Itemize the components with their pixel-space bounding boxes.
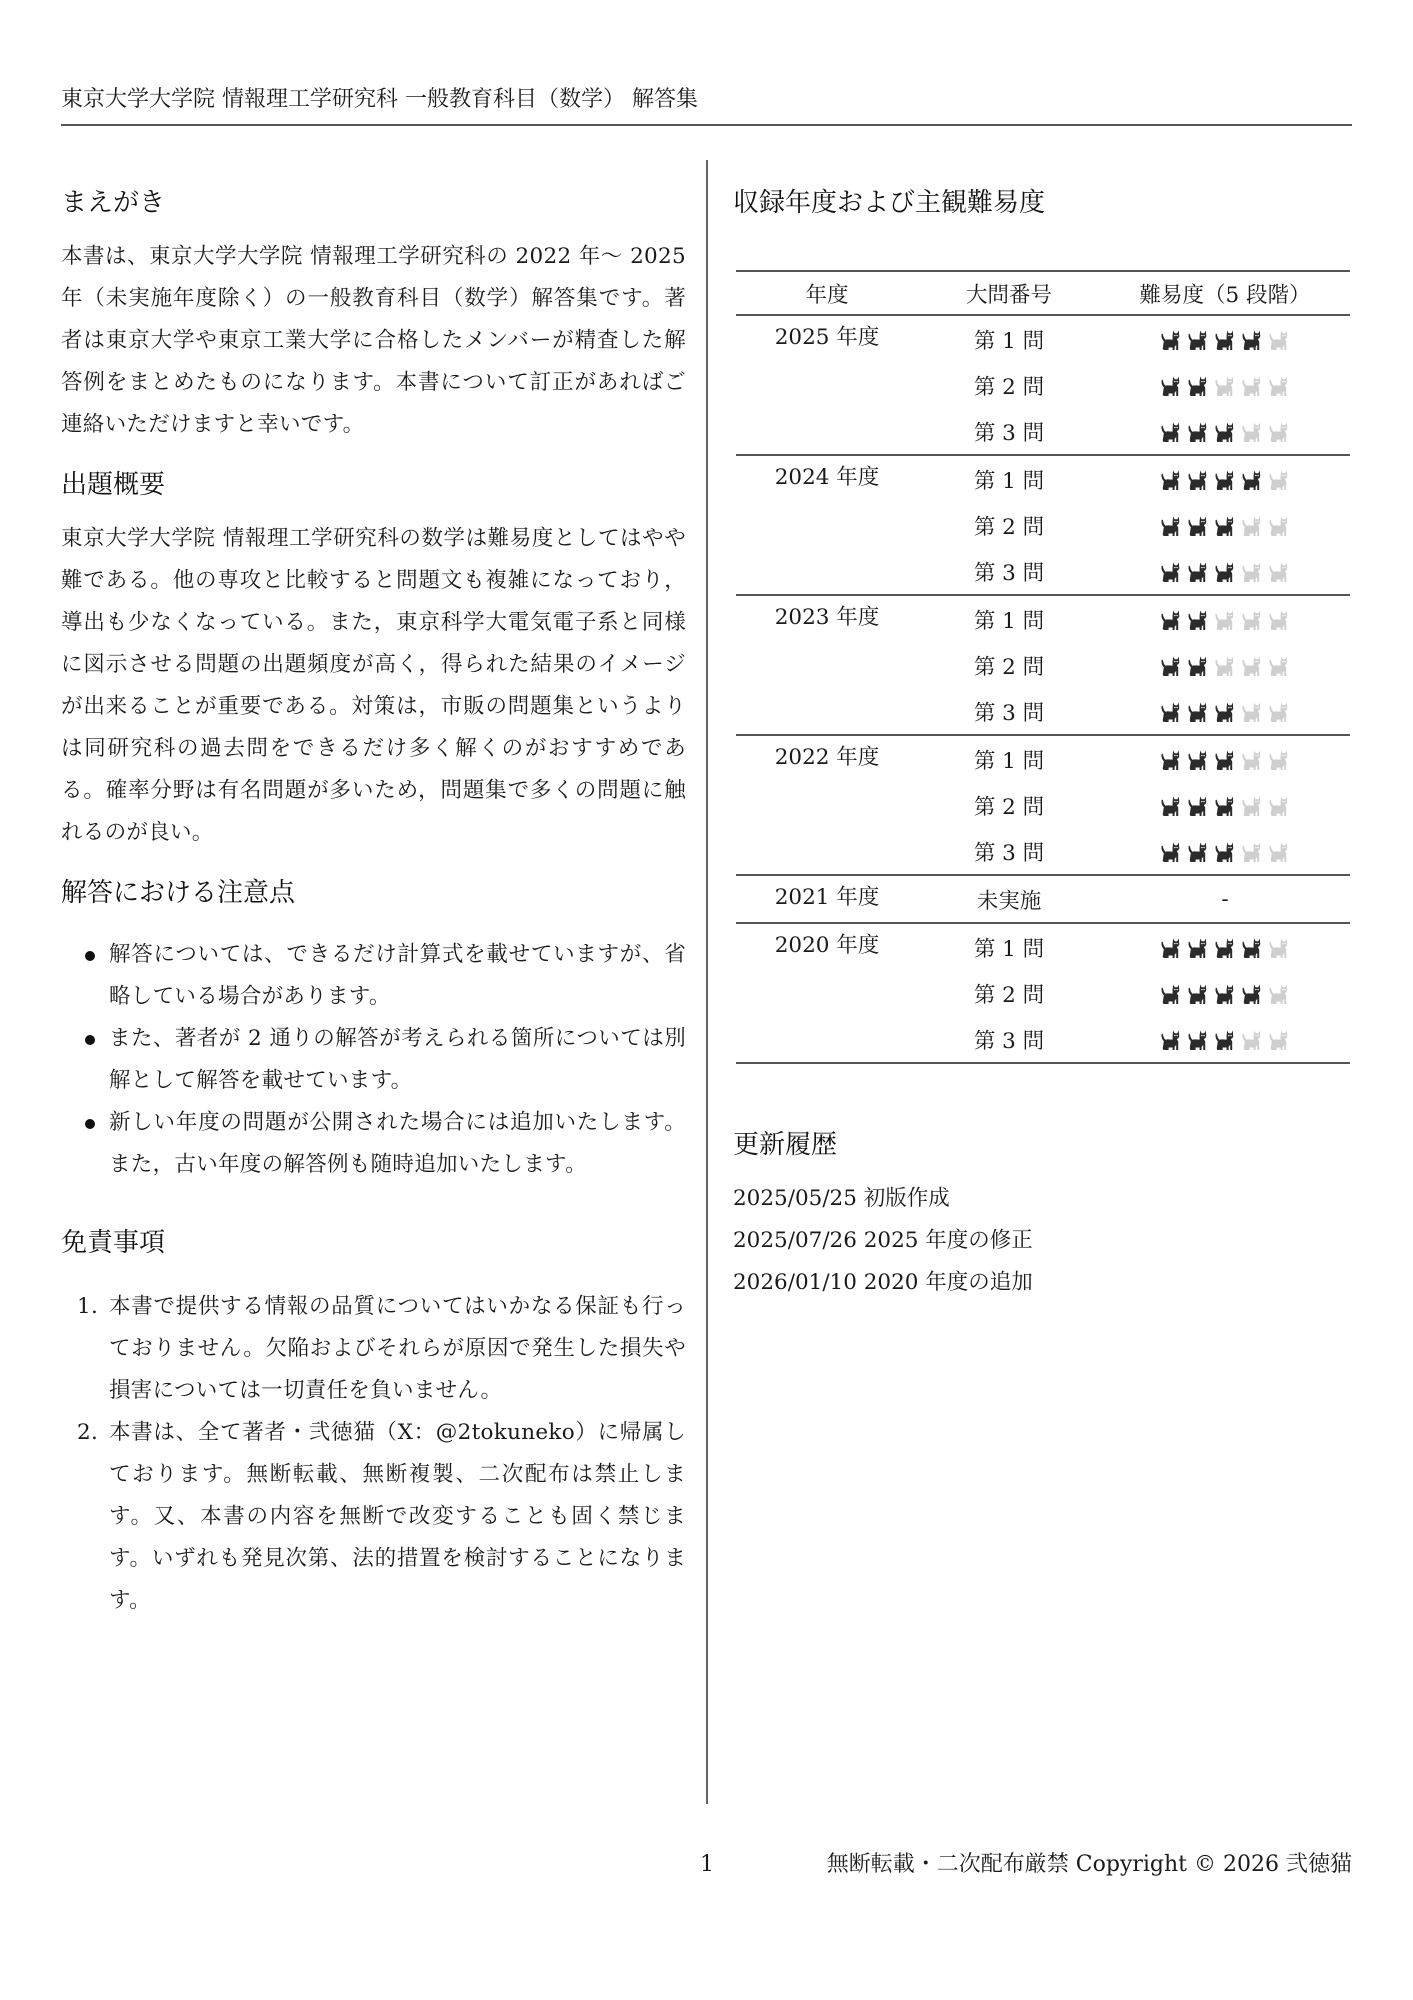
cat-icon-filled <box>1186 654 1210 678</box>
cat-icon-empty <box>1267 328 1291 352</box>
difficulty-cell <box>1100 548 1350 595</box>
question-cell: 未実施 <box>918 875 1100 923</box>
cat-icon-filled <box>1186 468 1210 492</box>
bullet-icon <box>85 951 95 961</box>
table-row: 2025 年度第 1 問 <box>736 315 1350 362</box>
cat-icon-empty <box>1267 374 1291 398</box>
cat-icon-empty <box>1267 468 1291 492</box>
cat-icon-filled <box>1240 982 1264 1006</box>
question-cell: 第 1 問 <box>918 455 1100 502</box>
cat-icon-filled <box>1186 560 1210 584</box>
column-header-difficulty: 難易度（5 段階） <box>1100 271 1350 315</box>
difficulty-cell <box>1100 502 1350 548</box>
difficulty-rating <box>1159 840 1291 864</box>
cat-icon-filled <box>1159 560 1183 584</box>
cat-icon-filled <box>1186 936 1210 960</box>
cat-icon-empty <box>1240 374 1264 398</box>
cat-icon-filled <box>1159 468 1183 492</box>
cat-icon-filled <box>1159 936 1183 960</box>
year-cell <box>736 502 918 548</box>
difficulty-cell <box>1100 455 1350 502</box>
cat-icon-filled <box>1159 794 1183 818</box>
cat-icon-empty <box>1213 654 1237 678</box>
overview-text: 東京大学大学院 情報理工学研究科の数学は難易度としてはやや難である。他の専攻と比… <box>61 518 686 854</box>
table-row: 第 2 問 <box>736 970 1350 1016</box>
year-cell: 2025 年度 <box>736 315 918 362</box>
difficulty-cell <box>1100 688 1350 735</box>
year-cell: 2022 年度 <box>736 735 918 782</box>
difficulty-cell: - <box>1100 875 1350 923</box>
cat-icon-filled <box>1213 982 1237 1006</box>
table-row: 第 3 問 <box>736 1016 1350 1063</box>
table-row: 2023 年度第 1 問 <box>736 595 1350 642</box>
section-preface: まえがき 本書は、東京大学大学院 情報理工学研究科の 2022 年〜 2025 … <box>61 186 686 446</box>
cat-icon-filled <box>1159 608 1183 632</box>
difficulty-cell <box>1100 362 1350 408</box>
disclaimer-list: 1.本書で提供する情報の品質についてはいかなる保証も行っておりません。欠陥および… <box>61 1286 686 1622</box>
table-header-row: 年度 大問番号 難易度（5 段階） <box>736 271 1350 315</box>
difficulty-cell <box>1100 970 1350 1016</box>
right-column: 収録年度および主観難易度 年度 大問番号 難易度（5 段階） 2025 年度第 … <box>733 186 1350 1304</box>
history-entry: 2025/05/25 初版作成 <box>733 1178 1350 1220</box>
table-row: 第 2 問 <box>736 642 1350 688</box>
cat-icon-filled <box>1213 794 1237 818</box>
question-cell: 第 1 問 <box>918 923 1100 970</box>
cat-icon-filled <box>1186 514 1210 538</box>
cat-icon-filled <box>1240 936 1264 960</box>
column-divider <box>706 160 708 1804</box>
cat-icon-empty <box>1240 700 1264 724</box>
preface-text: 本書は、東京大学大学院 情報理工学研究科の 2022 年〜 2025 年（未実施… <box>61 236 686 446</box>
section-heading: まえがき <box>61 186 686 220</box>
table-row: 第 3 問 <box>736 548 1350 595</box>
page-number: 1 <box>700 1848 714 1882</box>
cat-icon-empty <box>1267 936 1291 960</box>
section-history: 更新履歴 2025/05/25 初版作成 2025/07/26 2025 年度の… <box>733 1128 1350 1304</box>
left-column: まえがき 本書は、東京大学大学院 情報理工学研究科の 2022 年〜 2025 … <box>61 186 686 1622</box>
cat-icon-filled <box>1186 700 1210 724</box>
question-cell: 第 3 問 <box>918 688 1100 735</box>
cat-icon-filled <box>1213 840 1237 864</box>
difficulty-rating <box>1159 328 1291 352</box>
section-overview: 出題概要 東京大学大学院 情報理工学研究科の数学は難易度としてはやや難である。他… <box>61 468 686 854</box>
cat-icon-filled <box>1159 982 1183 1006</box>
difficulty-rating <box>1159 608 1291 632</box>
cat-icon-empty <box>1240 608 1264 632</box>
difficulty-cell <box>1100 1016 1350 1063</box>
cat-icon-filled <box>1186 794 1210 818</box>
cat-icon-empty <box>1240 794 1264 818</box>
cat-icon-empty <box>1240 514 1264 538</box>
question-cell: 第 1 問 <box>918 735 1100 782</box>
cat-icon-filled <box>1159 374 1183 398</box>
cat-icon-empty <box>1240 420 1264 444</box>
bullet-icon <box>85 1035 95 1045</box>
cat-icon-empty <box>1267 794 1291 818</box>
cat-icon-filled <box>1186 1028 1210 1052</box>
cat-icon-filled <box>1159 840 1183 864</box>
running-header: 東京大学大学院 情報理工学研究科 一般教育科目（数学） 解答集 <box>61 86 1352 126</box>
section-heading: 出題概要 <box>61 468 686 502</box>
cat-icon-empty <box>1240 840 1264 864</box>
cat-icon-filled <box>1186 608 1210 632</box>
cat-icon-empty <box>1267 654 1291 678</box>
year-cell <box>736 828 918 875</box>
table-row: 2021 年度未実施- <box>736 875 1350 923</box>
bullet-icon <box>85 1119 95 1129</box>
cat-icon-empty <box>1240 654 1264 678</box>
table-row: 第 3 問 <box>736 828 1350 875</box>
difficulty-cell <box>1100 595 1350 642</box>
difficulty-rating <box>1159 982 1291 1006</box>
year-cell <box>736 408 918 455</box>
cat-icon-empty <box>1267 700 1291 724</box>
year-cell <box>736 1016 918 1063</box>
difficulty-table: 年度 大問番号 難易度（5 段階） 2025 年度第 1 問第 2 問第 3 問… <box>736 270 1350 1064</box>
cat-icon-filled <box>1240 468 1264 492</box>
copyright-notice: 無断転載・二次配布厳禁 Copyright © 2026 弐徳猫 <box>827 1848 1352 1882</box>
cat-icon-filled <box>1213 328 1237 352</box>
cat-icon-filled <box>1186 328 1210 352</box>
cat-icon-empty <box>1240 1028 1264 1052</box>
table-row: 2024 年度第 1 問 <box>736 455 1350 502</box>
question-cell: 第 1 問 <box>918 595 1100 642</box>
cat-icon-filled <box>1159 748 1183 772</box>
difficulty-cell <box>1100 782 1350 828</box>
notes-list: 解答については、できるだけ計算式を載せていますが、省略している場合があります。 … <box>61 934 686 1186</box>
difficulty-cell <box>1100 642 1350 688</box>
year-cell <box>736 548 918 595</box>
question-cell: 第 2 問 <box>918 782 1100 828</box>
list-number: 2. <box>77 1412 98 1454</box>
table-row: 第 3 問 <box>736 408 1350 455</box>
difficulty-rating <box>1159 1028 1291 1052</box>
cat-icon-empty <box>1267 1028 1291 1052</box>
difficulty-rating <box>1159 374 1291 398</box>
section-notes: 解答における注意点 解答については、できるだけ計算式を載せていますが、省略してい… <box>61 876 686 1186</box>
cat-icon-empty <box>1267 748 1291 772</box>
history-entry: 2026/01/10 2020 年度の追加 <box>733 1262 1350 1304</box>
cat-icon-filled <box>1186 748 1210 772</box>
question-cell: 第 2 問 <box>918 970 1100 1016</box>
cat-icon-filled <box>1213 748 1237 772</box>
cat-icon-filled <box>1213 514 1237 538</box>
cat-icon-empty <box>1267 514 1291 538</box>
table-row: 第 3 問 <box>736 688 1350 735</box>
table-row: 2020 年度第 1 問 <box>736 923 1350 970</box>
question-cell: 第 3 問 <box>918 548 1100 595</box>
table-row: 第 2 問 <box>736 502 1350 548</box>
difficulty-rating <box>1159 560 1291 584</box>
list-item: 新しい年度の問題が公開された場合には追加いたします。また，古い年度の解答例も随時… <box>61 1102 686 1186</box>
section-heading: 解答における注意点 <box>61 876 686 910</box>
year-cell: 2021 年度 <box>736 875 918 923</box>
difficulty-rating <box>1159 420 1291 444</box>
table-row: 2022 年度第 1 問 <box>736 735 1350 782</box>
question-cell: 第 2 問 <box>918 502 1100 548</box>
cat-icon-empty <box>1213 374 1237 398</box>
cat-icon-filled <box>1213 420 1237 444</box>
cat-icon-filled <box>1159 654 1183 678</box>
table-row: 第 2 問 <box>736 362 1350 408</box>
section-heading: 更新履歴 <box>733 1128 1350 1162</box>
difficulty-rating <box>1159 748 1291 772</box>
difficulty-cell <box>1100 828 1350 875</box>
cat-icon-filled <box>1159 420 1183 444</box>
cat-icon-filled <box>1159 700 1183 724</box>
year-cell <box>736 970 918 1016</box>
cat-icon-filled <box>1159 514 1183 538</box>
difficulty-rating <box>1159 936 1291 960</box>
question-cell: 第 3 問 <box>918 1016 1100 1063</box>
difficulty-rating <box>1159 514 1291 538</box>
cat-icon-filled <box>1159 1028 1183 1052</box>
difficulty-cell <box>1100 315 1350 362</box>
table-heading: 収録年度および主観難易度 <box>733 186 1350 220</box>
year-cell <box>736 362 918 408</box>
cat-icon-filled <box>1213 1028 1237 1052</box>
cat-icon-filled <box>1159 328 1183 352</box>
difficulty-cell <box>1100 923 1350 970</box>
cat-icon-empty <box>1267 420 1291 444</box>
cat-icon-empty <box>1240 560 1264 584</box>
cat-icon-empty <box>1267 560 1291 584</box>
cat-icon-empty <box>1267 840 1291 864</box>
cat-icon-empty <box>1267 608 1291 632</box>
cat-icon-filled <box>1186 982 1210 1006</box>
table-body: 2025 年度第 1 問第 2 問第 3 問2024 年度第 1 問第 2 問第… <box>736 315 1350 1063</box>
history-entry: 2025/07/26 2025 年度の修正 <box>733 1220 1350 1262</box>
year-cell <box>736 642 918 688</box>
year-cell: 2024 年度 <box>736 455 918 502</box>
difficulty-rating <box>1159 700 1291 724</box>
cat-icon-filled <box>1186 840 1210 864</box>
column-header-question: 大問番号 <box>918 271 1100 315</box>
difficulty-cell <box>1100 408 1350 455</box>
difficulty-rating <box>1159 794 1291 818</box>
cat-icon-filled <box>1240 328 1264 352</box>
cat-icon-filled <box>1186 420 1210 444</box>
list-item: 1.本書で提供する情報の品質についてはいかなる保証も行っておりません。欠陥および… <box>61 1286 686 1412</box>
question-cell: 第 2 問 <box>918 362 1100 408</box>
column-header-year: 年度 <box>736 271 918 315</box>
year-cell <box>736 782 918 828</box>
cat-icon-empty <box>1240 748 1264 772</box>
page-footer: 1 無断転載・二次配布厳禁 Copyright © 2026 弐徳猫 <box>0 1848 1413 1882</box>
year-cell <box>736 688 918 735</box>
question-cell: 第 3 問 <box>918 828 1100 875</box>
year-cell: 2020 年度 <box>736 923 918 970</box>
cat-icon-empty <box>1213 608 1237 632</box>
section-disclaimer: 免責事項 1.本書で提供する情報の品質についてはいかなる保証も行っておりません。… <box>61 1226 686 1622</box>
cat-icon-filled <box>1186 374 1210 398</box>
list-item: また、著者が 2 通りの解答が考えられる箇所については別解として解答を載せていま… <box>61 1018 686 1102</box>
table-row: 第 2 問 <box>736 782 1350 828</box>
question-cell: 第 3 問 <box>918 408 1100 455</box>
cat-icon-filled <box>1213 560 1237 584</box>
list-number: 1. <box>77 1286 98 1328</box>
difficulty-rating <box>1159 468 1291 492</box>
difficulty-cell <box>1100 735 1350 782</box>
cat-icon-filled <box>1213 700 1237 724</box>
difficulty-rating <box>1159 654 1291 678</box>
cat-icon-filled <box>1213 936 1237 960</box>
question-cell: 第 2 問 <box>918 642 1100 688</box>
cat-icon-filled <box>1213 468 1237 492</box>
cat-icon-empty <box>1267 982 1291 1006</box>
list-item: 解答については、できるだけ計算式を載せていますが、省略している場合があります。 <box>61 934 686 1018</box>
section-heading: 免責事項 <box>61 1226 686 1260</box>
year-cell: 2023 年度 <box>736 595 918 642</box>
question-cell: 第 1 問 <box>918 315 1100 362</box>
list-item: 2.本書は、全て著者・弐徳猫（X：@2tokuneko）に帰属しております。無断… <box>61 1412 686 1622</box>
